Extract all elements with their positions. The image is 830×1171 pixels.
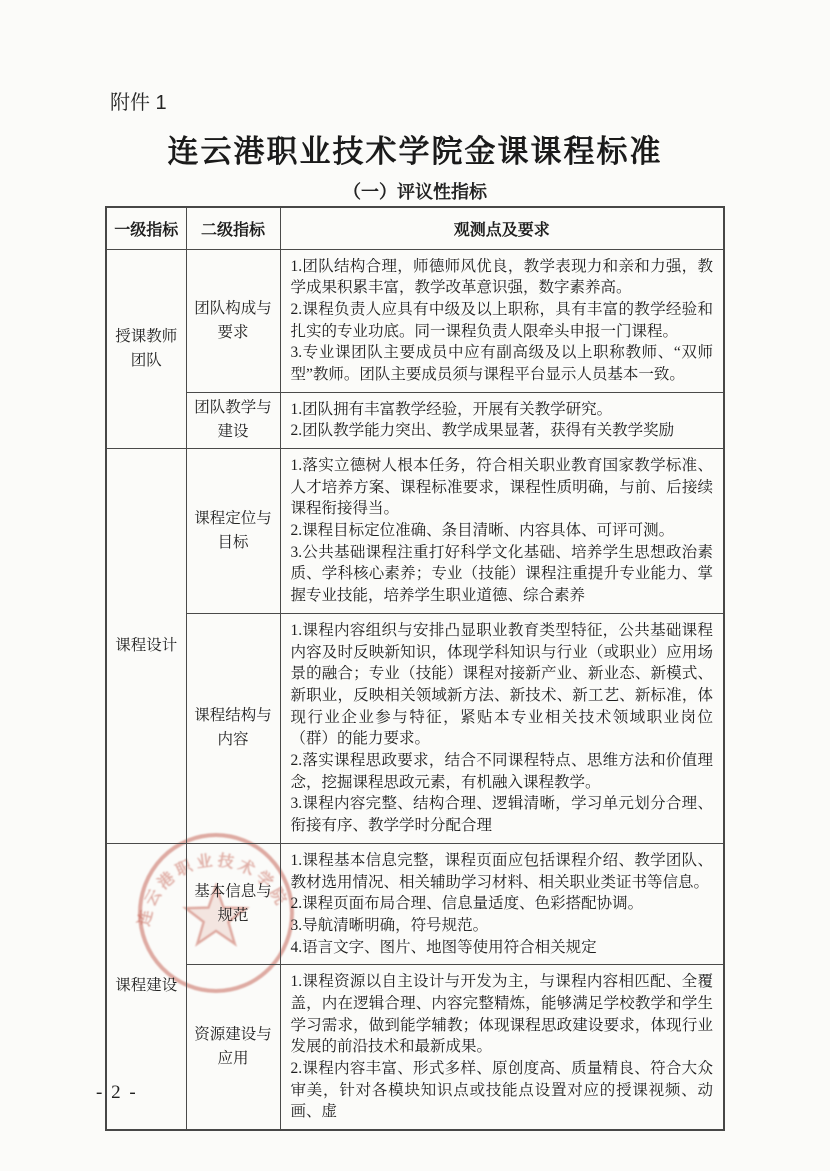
observation-cell: 1.团队拥有丰富教学经验，开展有关教学研究。 2.团队教学能力突出、教学成果显著… bbox=[280, 392, 724, 448]
table-row: 课程结构与内容 1.课程内容组织与安排凸显职业教育类型特征，公共基础课程内容及时… bbox=[106, 613, 724, 843]
observation-item: 1.课程资源以自主设计与开发为主，与课程内容相匹配、全覆盖，内在逻辑合理、内容完… bbox=[291, 971, 714, 1058]
observation-item: 3.课程内容完整、结构合理、逻辑清晰，学习单元划分合理、衔接有序、教学学时分配合… bbox=[291, 793, 714, 836]
observation-item: 2.课程负责人应具有中级及以上职称，具有丰富的教学经验和扎实的专业功底。同一课程… bbox=[291, 299, 714, 342]
observation-cell: 1.课程基本信息完整，课程页面应包括课程介绍、教学团队、教材选用情况、相关辅助学… bbox=[280, 843, 724, 964]
observation-cell: 1.落实立德树人根本任务，符合相关职业教育国家教学标准、人才培养方案、课程标准要… bbox=[280, 449, 724, 614]
level1-cell: 课程设计 bbox=[106, 449, 186, 844]
observation-item: 2.课程页面布局合理、信息量适度、色彩搭配协调。 bbox=[291, 893, 714, 915]
section-subtitle: （一）评议性指标 bbox=[0, 178, 830, 204]
observation-cell: 1.课程内容组织与安排凸显职业教育类型特征，公共基础课程内容及时反映新知识，体现… bbox=[280, 613, 724, 843]
page-title: 连云港职业技术学院金课课程标准 bbox=[0, 126, 830, 171]
observation-item: 2.课程目标定位准确、条目清晰、内容具体、可评可测。 bbox=[291, 520, 714, 542]
observation-item: 3.专业课团队主要成员中应有副高级及以上职称教师、“双师型”教师。团队主要成员须… bbox=[291, 342, 714, 385]
level2-cell: 团队教学与建设 bbox=[186, 392, 280, 448]
level2-cell: 团队构成与要求 bbox=[186, 249, 280, 392]
observation-item: 3.公共基础课程注重打好科学文化基础、培养学生思想政治素质、学科核心素养；专业（… bbox=[291, 542, 714, 607]
observation-item: 2.课程内容丰富、形式多样、原创度高、质量精良、符合大众审美，针对各模块知识点或… bbox=[291, 1058, 714, 1123]
col-header-level2: 二级指标 bbox=[186, 207, 280, 249]
observation-cell: 1.课程资源以自主设计与开发为主，与课程内容相匹配、全覆盖，内在逻辑合理、内容完… bbox=[280, 965, 724, 1130]
observation-item: 2.落实课程思政要求，结合不同课程特点、思维方法和价值理念，挖掘课程思政元素，有… bbox=[291, 750, 714, 793]
observation-item: 1.团队拥有丰富教学经验，开展有关教学研究。 bbox=[291, 399, 714, 421]
observation-item: 1.课程内容组织与安排凸显职业教育类型特征，公共基础课程内容及时反映新知识，体现… bbox=[291, 620, 714, 750]
level2-cell: 基本信息与规范 bbox=[186, 843, 280, 964]
observation-item: 4.语言文字、图片、地图等使用符合相关规定 bbox=[291, 937, 714, 959]
indicator-table: 一级指标 二级指标 观测点及要求 授课教师团队 团队构成与要求 1.团队结构合理… bbox=[105, 206, 725, 1131]
level2-cell: 课程结构与内容 bbox=[186, 613, 280, 843]
page-number: - 2 - bbox=[96, 1082, 138, 1104]
table-row: 资源建设与应用 1.课程资源以自主设计与开发为主，与课程内容相匹配、全覆盖，内在… bbox=[106, 965, 724, 1130]
table-row: 课程设计 课程定位与目标 1.落实立德树人根本任务，符合相关职业教育国家教学标准… bbox=[106, 449, 724, 614]
col-header-level1: 一级指标 bbox=[106, 207, 186, 249]
scanned-document-page: 附件 1 连云港职业技术学院金课课程标准 （一）评议性指标 连云港职业技术学院 … bbox=[0, 0, 830, 1171]
table-row: 团队教学与建设 1.团队拥有丰富教学经验，开展有关教学研究。 2.团队教学能力突… bbox=[106, 392, 724, 448]
observation-cell: 1.团队结构合理，师德师风优良，教学表现力和亲和力强，教学成果积累丰富，教学改革… bbox=[280, 249, 724, 392]
observation-item: 3.导航清晰明确，符号规范。 bbox=[291, 915, 714, 937]
attachment-label: 附件 1 bbox=[110, 86, 167, 115]
observation-item: 1.课程基本信息完整，课程页面应包括课程介绍、教学团队、教材选用情况、相关辅助学… bbox=[291, 850, 714, 893]
observation-item: 1.团队结构合理，师德师风优良，教学表现力和亲和力强，教学成果积累丰富，教学改革… bbox=[291, 256, 714, 299]
col-header-observation: 观测点及要求 bbox=[280, 207, 724, 249]
level2-cell: 资源建设与应用 bbox=[186, 965, 280, 1130]
level2-cell: 课程定位与目标 bbox=[186, 449, 280, 614]
table-row: 课程建设 基本信息与规范 1.课程基本信息完整，课程页面应包括课程介绍、教学团队… bbox=[106, 843, 724, 964]
observation-item: 1.落实立德树人根本任务，符合相关职业教育国家教学标准、人才培养方案、课程标准要… bbox=[291, 455, 714, 520]
table-header-row: 一级指标 二级指标 观测点及要求 bbox=[106, 207, 724, 249]
level1-cell: 授课教师团队 bbox=[106, 249, 186, 449]
table-row: 授课教师团队 团队构成与要求 1.团队结构合理，师德师风优良，教学表现力和亲和力… bbox=[106, 249, 724, 392]
observation-item: 2.团队教学能力突出、教学成果显著，获得有关教学奖励 bbox=[291, 420, 714, 442]
